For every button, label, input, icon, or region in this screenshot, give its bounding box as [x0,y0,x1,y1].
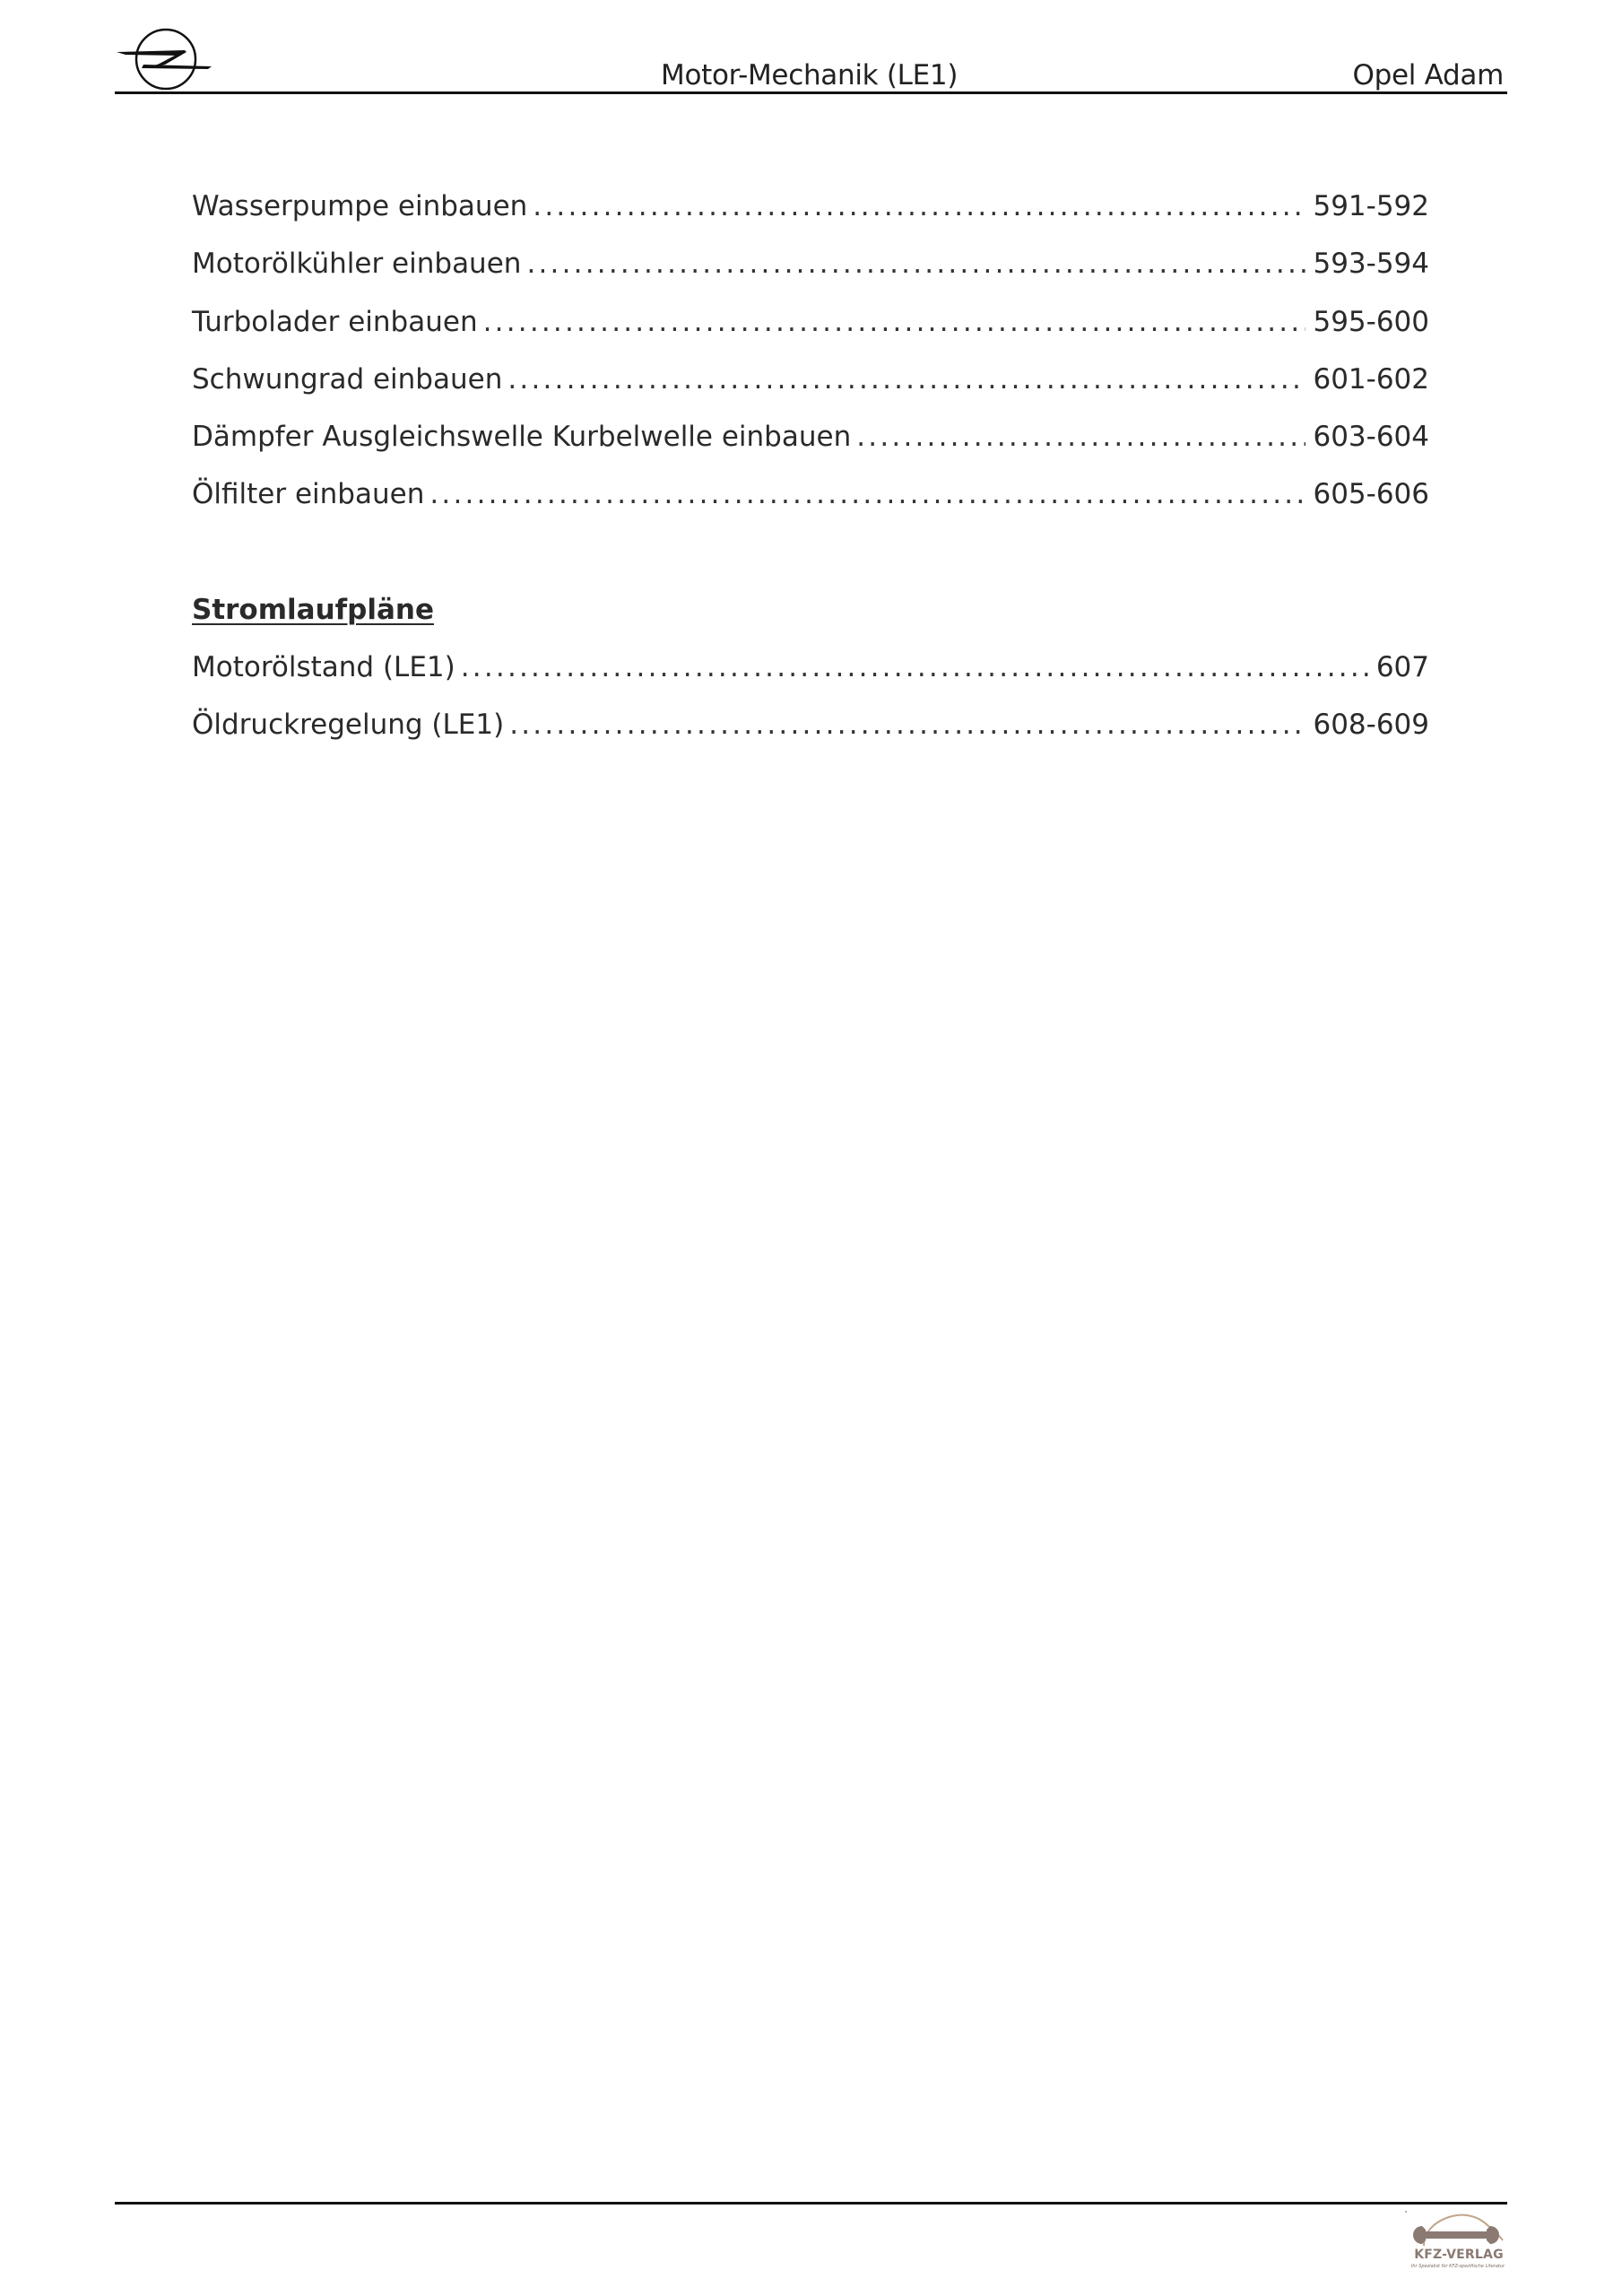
publisher-name: KFZ-VERLAG [1406,2248,1512,2262]
toc-entry-label: Schwungrad einbauen [192,363,507,396]
toc-entry[interactable]: Wasserpumpe einbauen 591-592 [192,190,1429,248]
dot-leader [856,421,1305,453]
dot-leader [509,709,1305,741]
toc-entry[interactable]: Motorölkühler einbauen 593-594 [192,248,1429,305]
toc-entry-label: Motorölkühler einbauen [192,248,526,280]
toc-entry[interactable]: Dämpfer Ausgleichswelle Kurbelwelle einb… [192,421,1429,478]
toc-entry-label: Dämpfer Ausgleichswelle Kurbelwelle einb… [192,421,856,453]
toc-entry[interactable]: Ölfilter einbauen 605-606 [192,478,1429,535]
toc-entry-page: 607 [1369,651,1429,683]
opel-blitz-logo-icon [115,27,219,91]
dot-leader [429,478,1305,510]
toc-entry-page: 593-594 [1305,248,1429,280]
table-of-contents: Wasserpumpe einbauen 591-592 Motorölkühl… [192,190,1429,767]
toc-entry[interactable]: Schwungrad einbauen 601-602 [192,363,1429,421]
dot-leader [507,363,1305,396]
document-title: Motor-Mechanik (LE1) [661,59,958,91]
toc-entry-label: Motorölstand (LE1) [192,651,461,683]
dot-leader [461,651,1369,683]
dot-leader [533,190,1305,222]
toc-entry[interactable]: Motorölstand (LE1) 607 [192,651,1429,709]
section-spacer [192,536,1429,594]
dot-leader [526,248,1305,280]
section-heading-stromlaufplaene: Stromlaufpläne [192,594,1429,651]
dot-leader [483,306,1306,338]
toc-entry-page: 608-609 [1305,709,1429,741]
toc-entry-page: 591-592 [1305,190,1429,222]
toc-entry-label: Ölfilter einbauen [192,478,429,510]
toc-entry[interactable]: Öldruckregelung (LE1) 608-609 [192,709,1429,766]
toc-entry-label: Öldruckregelung (LE1) [192,709,509,741]
toc-entry-page: 605-606 [1305,478,1429,510]
footer-divider [115,2202,1507,2205]
header-divider [115,91,1507,94]
car-wrench-icon [1401,2208,1512,2249]
toc-entry-page: 595-600 [1305,306,1429,338]
toc-entry[interactable]: Turbolader einbauen 595-600 [192,306,1429,363]
toc-entry-page: 603-604 [1305,421,1429,453]
publisher-tagline: Ihr Spezialist für KFZ-spezifische Liter… [1402,2264,1514,2269]
toc-entry-label: Wasserpumpe einbauen [192,190,533,222]
toc-entry-page: 601-602 [1305,363,1429,396]
vehicle-model: Opel Adam [1353,59,1504,91]
kfz-verlag-logo: KFZ-VERLAG Ihr Spezialist für KFZ-spezif… [1401,2208,1512,2276]
toc-entry-label: Turbolader einbauen [192,306,483,338]
